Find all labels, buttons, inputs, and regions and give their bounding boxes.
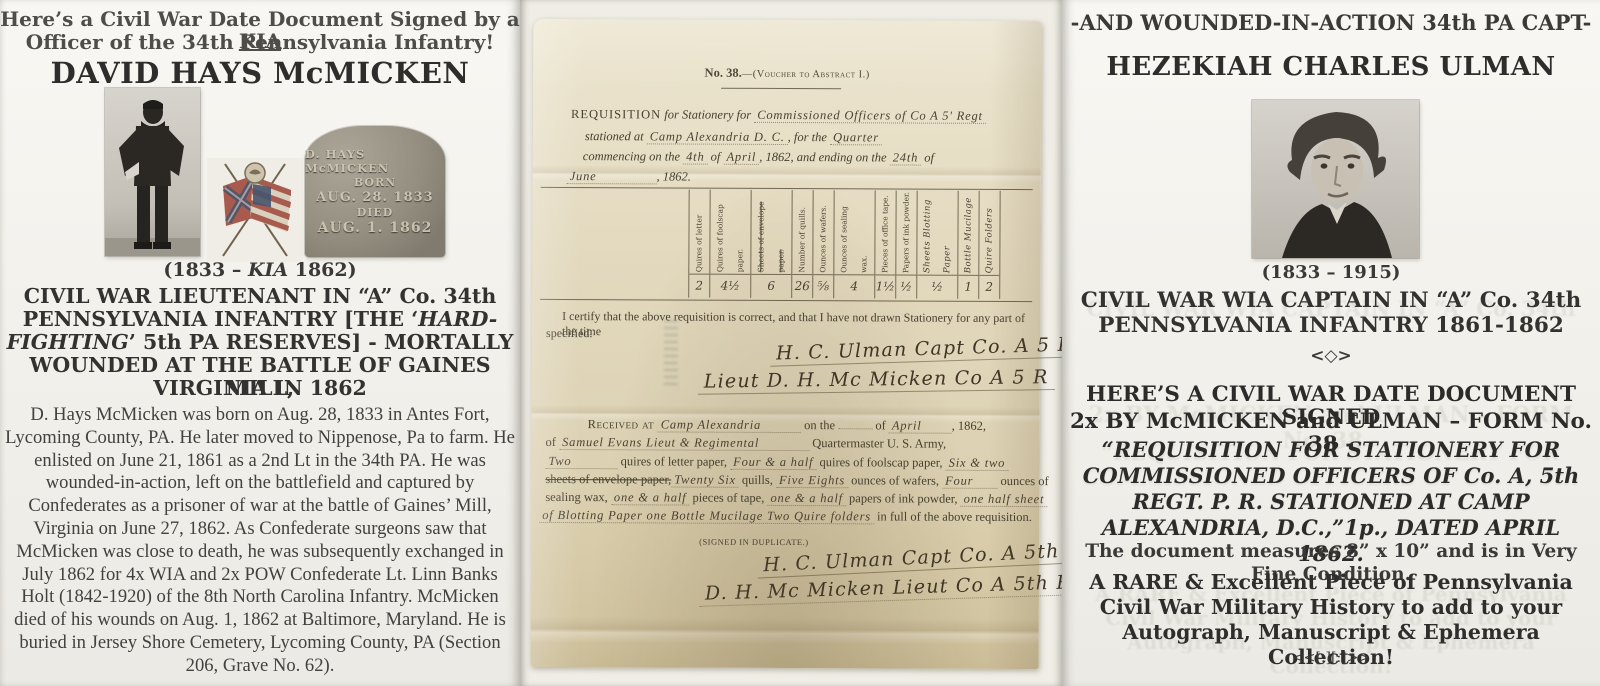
ulman-subtitle-line2: PENNSYLVANIA INFANTRY 1861-1862 <box>1062 314 1600 337</box>
handwritten-entry: April <box>723 150 759 165</box>
subtitle-l2-italic: HARD- <box>418 307 497 331</box>
mcmicken-life-dates: (1833 – KIA 1862) <box>0 259 520 281</box>
table-column: Pieces of office tape.1½ <box>874 190 895 298</box>
portrait-illustration <box>1252 100 1419 258</box>
table-column: Quires of foolscap paper.4½ <box>709 190 750 298</box>
column-value: ⅝ <box>813 275 833 299</box>
handwritten-entry: June <box>567 169 657 184</box>
column-value: ½ <box>896 275 916 299</box>
mcmicken-subtitle-line2: PENNSYLVANIA INFANTRY [THE ‘HARD- <box>0 308 520 331</box>
form-number: No. 38. <box>705 66 742 80</box>
column-value: 6 <box>751 274 791 298</box>
handwritten-entry: Quarter <box>830 130 882 145</box>
requisition-line2: stationed at Camp Alexandria D. C., for … <box>585 129 882 145</box>
printed-text: of <box>921 151 934 165</box>
printed-text: ounces of wafers, <box>848 473 942 487</box>
column-value: 2 <box>979 275 999 299</box>
printed-text: quires of letter paper, <box>617 454 730 468</box>
gravestone-born-label: BORN <box>354 176 396 189</box>
mcmicken-subtitle-line1: CIVIL WAR LIEUTENANT IN “A” Co. 34th <box>0 285 520 308</box>
handwritten-entry: Samuel Evans Lieut & Regimental <box>559 435 809 451</box>
table-column: Sheets of envelope paper.6 <box>750 190 791 298</box>
form-number-heading: No. 38.—(Voucher to Abstract I.) <box>533 65 1041 82</box>
duplicate-note: (SIGNED IN DUPLICATE.) <box>699 537 808 547</box>
mcmicken-name-title: DAVID HAYS McMICKEN <box>0 56 520 90</box>
mcmicken-soldier-photo <box>105 88 200 256</box>
table-column: Papers of ink powder.½ <box>895 190 916 298</box>
printed-text: papers of ink powder, <box>846 491 961 506</box>
table-column: Quire Folders2 <box>978 191 1000 299</box>
column-header-struck: Sheets of envelope paper. <box>751 190 791 275</box>
printed-text: quires of foolscap paper, <box>816 455 945 470</box>
column-value: 1½ <box>875 275 895 299</box>
printed-text-struck: sheets of envelope paper, <box>545 472 671 487</box>
table-column: Ounces of wafers.⅝ <box>812 190 833 298</box>
received-line3: Two quires of letter paper, Four & a hal… <box>545 454 1008 471</box>
column-value: 1 <box>958 275 978 299</box>
requisition-line1: REQUISITION for Stationery for Commissio… <box>571 107 986 124</box>
handwritten-entry: Camp Alexandria <box>658 417 801 433</box>
column-header-handwritten: Bottle Mucilage <box>958 191 978 276</box>
column-value: 4½ <box>710 274 750 298</box>
received-line4: sheets of envelope paper,Twenty Six quil… <box>545 472 1048 489</box>
dates-suffix: 1862) <box>288 259 357 281</box>
soldier-illustration <box>105 88 200 256</box>
table-column: Quires of letter paper.2 <box>688 190 709 298</box>
printed-text: on the <box>801 418 838 432</box>
printed-text: commencing on the <box>583 149 683 163</box>
handwritten-entry: Four & a half <box>730 455 816 470</box>
handwritten-entry: one & a half <box>611 490 690 505</box>
column-header-handwritten: Quire Folders <box>979 191 999 276</box>
handwritten-entry: 24th <box>890 150 922 165</box>
gravestone-born-date: AUG. 28. 1833 <box>316 190 433 205</box>
handwritten-entry: Four <box>942 474 997 489</box>
crossed-flags-image <box>207 158 303 262</box>
printed-text: Received at <box>588 417 658 431</box>
column-header: Ounces of wafers. <box>813 190 833 275</box>
table-column: Sheets Blotting Paper½ <box>916 191 957 299</box>
handwritten-entry: 4th <box>683 150 707 165</box>
handwritten-entry: Camp Alexandria D. C. <box>647 129 788 145</box>
dates-prefix: (1833 – <box>163 259 248 281</box>
certification-line2: specified. <box>546 326 592 341</box>
handwritten-entry: Five Eights <box>776 473 848 488</box>
table-bottom-rule <box>540 299 1032 302</box>
printed-text: , 1862, and ending on the <box>759 150 890 165</box>
mcmicken-subtitle-line3: FIGHTING’ 5th PA RESERVES] - MORTALLY <box>0 331 520 354</box>
subtitle-l3-italic: FIGHTING <box>7 330 129 354</box>
requisition-line3: commencing on the 4th of April, 1862, an… <box>583 149 934 166</box>
subtitle-l2-normal: PENNSYLVANIA INFANTRY [THE ‘ <box>23 307 419 331</box>
mcmicken-biography: D. Hays McMicken was born on Aug. 28, 18… <box>4 404 516 678</box>
ulman-life-dates: (1833 – 1915) <box>1062 262 1600 283</box>
requisition-document: No. 38.—(Voucher to Abstract I.) REQUISI… <box>531 19 1042 669</box>
heading-underline <box>721 88 841 90</box>
column-value: 2 <box>689 274 709 298</box>
printed-text: for Stationery for <box>661 107 754 121</box>
table-column: Ounces of sealing wax.4 <box>833 190 874 298</box>
handwritten-entry: Six & two <box>946 456 1009 471</box>
handwritten-entry: of Blotting Paper one Bottle Mucilage Tw… <box>539 508 874 524</box>
ulman-header: -AND WOUNDED-IN-ACTION 34th PA CAPT- <box>1062 12 1600 34</box>
printed-text: , 1862. <box>656 169 690 183</box>
printed-text: of <box>546 435 560 449</box>
requisition-word: REQUISITION <box>571 107 661 121</box>
ulman-subtitle-line1: CIVIL WAR WIA CAPTAIN IN “A” Co. 34th <box>1062 288 1600 314</box>
voucher-note: —(Voucher to Abstract I.) <box>742 69 870 81</box>
column-header: Quires of foolscap paper. <box>710 190 750 275</box>
column-value: 26 <box>792 274 812 298</box>
handwritten-entry: Two <box>545 454 617 469</box>
column-value: 4 <box>834 275 874 299</box>
handwritten-entry: one & a half <box>767 491 846 506</box>
mcmicken-signature-1: Lieut D. H. Mc Micken Co A 5 R <box>698 366 1055 395</box>
printed-text: ounces of <box>997 474 1048 488</box>
ulman-name-title: HEZEKIAH CHARLES ULMAN <box>1062 52 1600 82</box>
left-flyer-page: Here’s a Civil War Date Document Signed … <box>0 0 520 686</box>
printed-text: of <box>707 150 723 164</box>
column-header: Quires of letter paper. <box>689 190 709 275</box>
printed-text: , for the <box>788 130 830 144</box>
column-header: Number of quills. <box>792 190 812 275</box>
gravestone-photo: D. HAYS McMICKEN BORN AUG. 28. 1833 DIED… <box>305 126 445 257</box>
handwritten-entry: Commissioned Officers of Co A 5' Regt <box>754 108 986 124</box>
blank-line <box>838 417 872 429</box>
stationery-table: Quires of letter paper.2 Quires of fools… <box>688 190 926 299</box>
gravestone-died-date: AUG. 1. 1862 <box>318 220 433 236</box>
ulman-portrait <box>1252 100 1419 258</box>
diamond-ornament: <◇> <box>1062 346 1600 366</box>
gravestone-died-label: DIED <box>357 206 394 219</box>
printed-text: , 1862, <box>952 419 986 433</box>
printed-text: quills, <box>739 473 776 487</box>
printed-text: Quartermaster U. S. Army, <box>809 436 946 451</box>
received-line2: of Samuel Evans Lieut & Regimental Quart… <box>546 435 947 452</box>
gravestone-name: D. HAYS McMICKEN <box>305 147 445 175</box>
printed-text: sealing wax, <box>545 490 611 504</box>
document-photo-area: No. 38.—(Voucher to Abstract I.) REQUISI… <box>520 0 1062 686</box>
crossed-flags-illustration <box>207 158 303 262</box>
handwritten-entry: one half sheet <box>961 492 1048 507</box>
received-line1: Received at Camp Alexandria on the of Ap… <box>588 416 986 434</box>
printed-text: in full of the above requisition. <box>874 509 1032 524</box>
left-header-text: Here’s a Civil War Date Document Signed … <box>0 7 520 31</box>
left-header-line2: Officer of the 34th Pennsylvania Infantr… <box>0 31 520 53</box>
column-header: Ounces of sealing wax. <box>834 190 874 275</box>
right-flyer-page: -AND WOUNDED-IN-ACTION 34th PA CAPT- HEZ… <box>1062 0 1600 686</box>
column-header: Papers of ink powder. <box>896 190 916 275</box>
table-column: Number of quills.26 <box>791 190 812 298</box>
handwritten-entry: Twenty Six <box>671 473 739 488</box>
printed-text: stationed at <box>585 129 647 143</box>
listing-photo: Here’s a Civil War Date Document Signed … <box>0 0 1600 686</box>
requisition-line4: June, 1862. <box>567 169 691 185</box>
table-column: Bottle Mucilage1 <box>957 191 978 299</box>
handwritten-entry: April <box>889 418 952 433</box>
column-header-handwritten: Sheets Blotting Paper <box>917 191 957 276</box>
printed-text: pieces of tape, <box>689 491 767 505</box>
received-line6: of Blotting Paper one Bottle Mucilage Tw… <box>539 508 1032 525</box>
mcmicken-subtitle-line5: VIRGINIA IN 1862 <box>0 377 520 400</box>
printed-text: of <box>872 418 889 432</box>
column-value: ½ <box>917 275 957 299</box>
received-line5: sealing wax, one & a half pieces of tape… <box>545 490 1047 507</box>
column-header: Pieces of office tape. <box>875 190 895 275</box>
dates-kia-italic: KIA <box>248 259 288 281</box>
paper-crease <box>531 617 1039 645</box>
subtitle-l3-normal: ’ 5th PA RESERVES] - MORTALLY <box>129 330 514 354</box>
bracket-ornament: <<[:][:]>> <box>1062 650 1600 666</box>
